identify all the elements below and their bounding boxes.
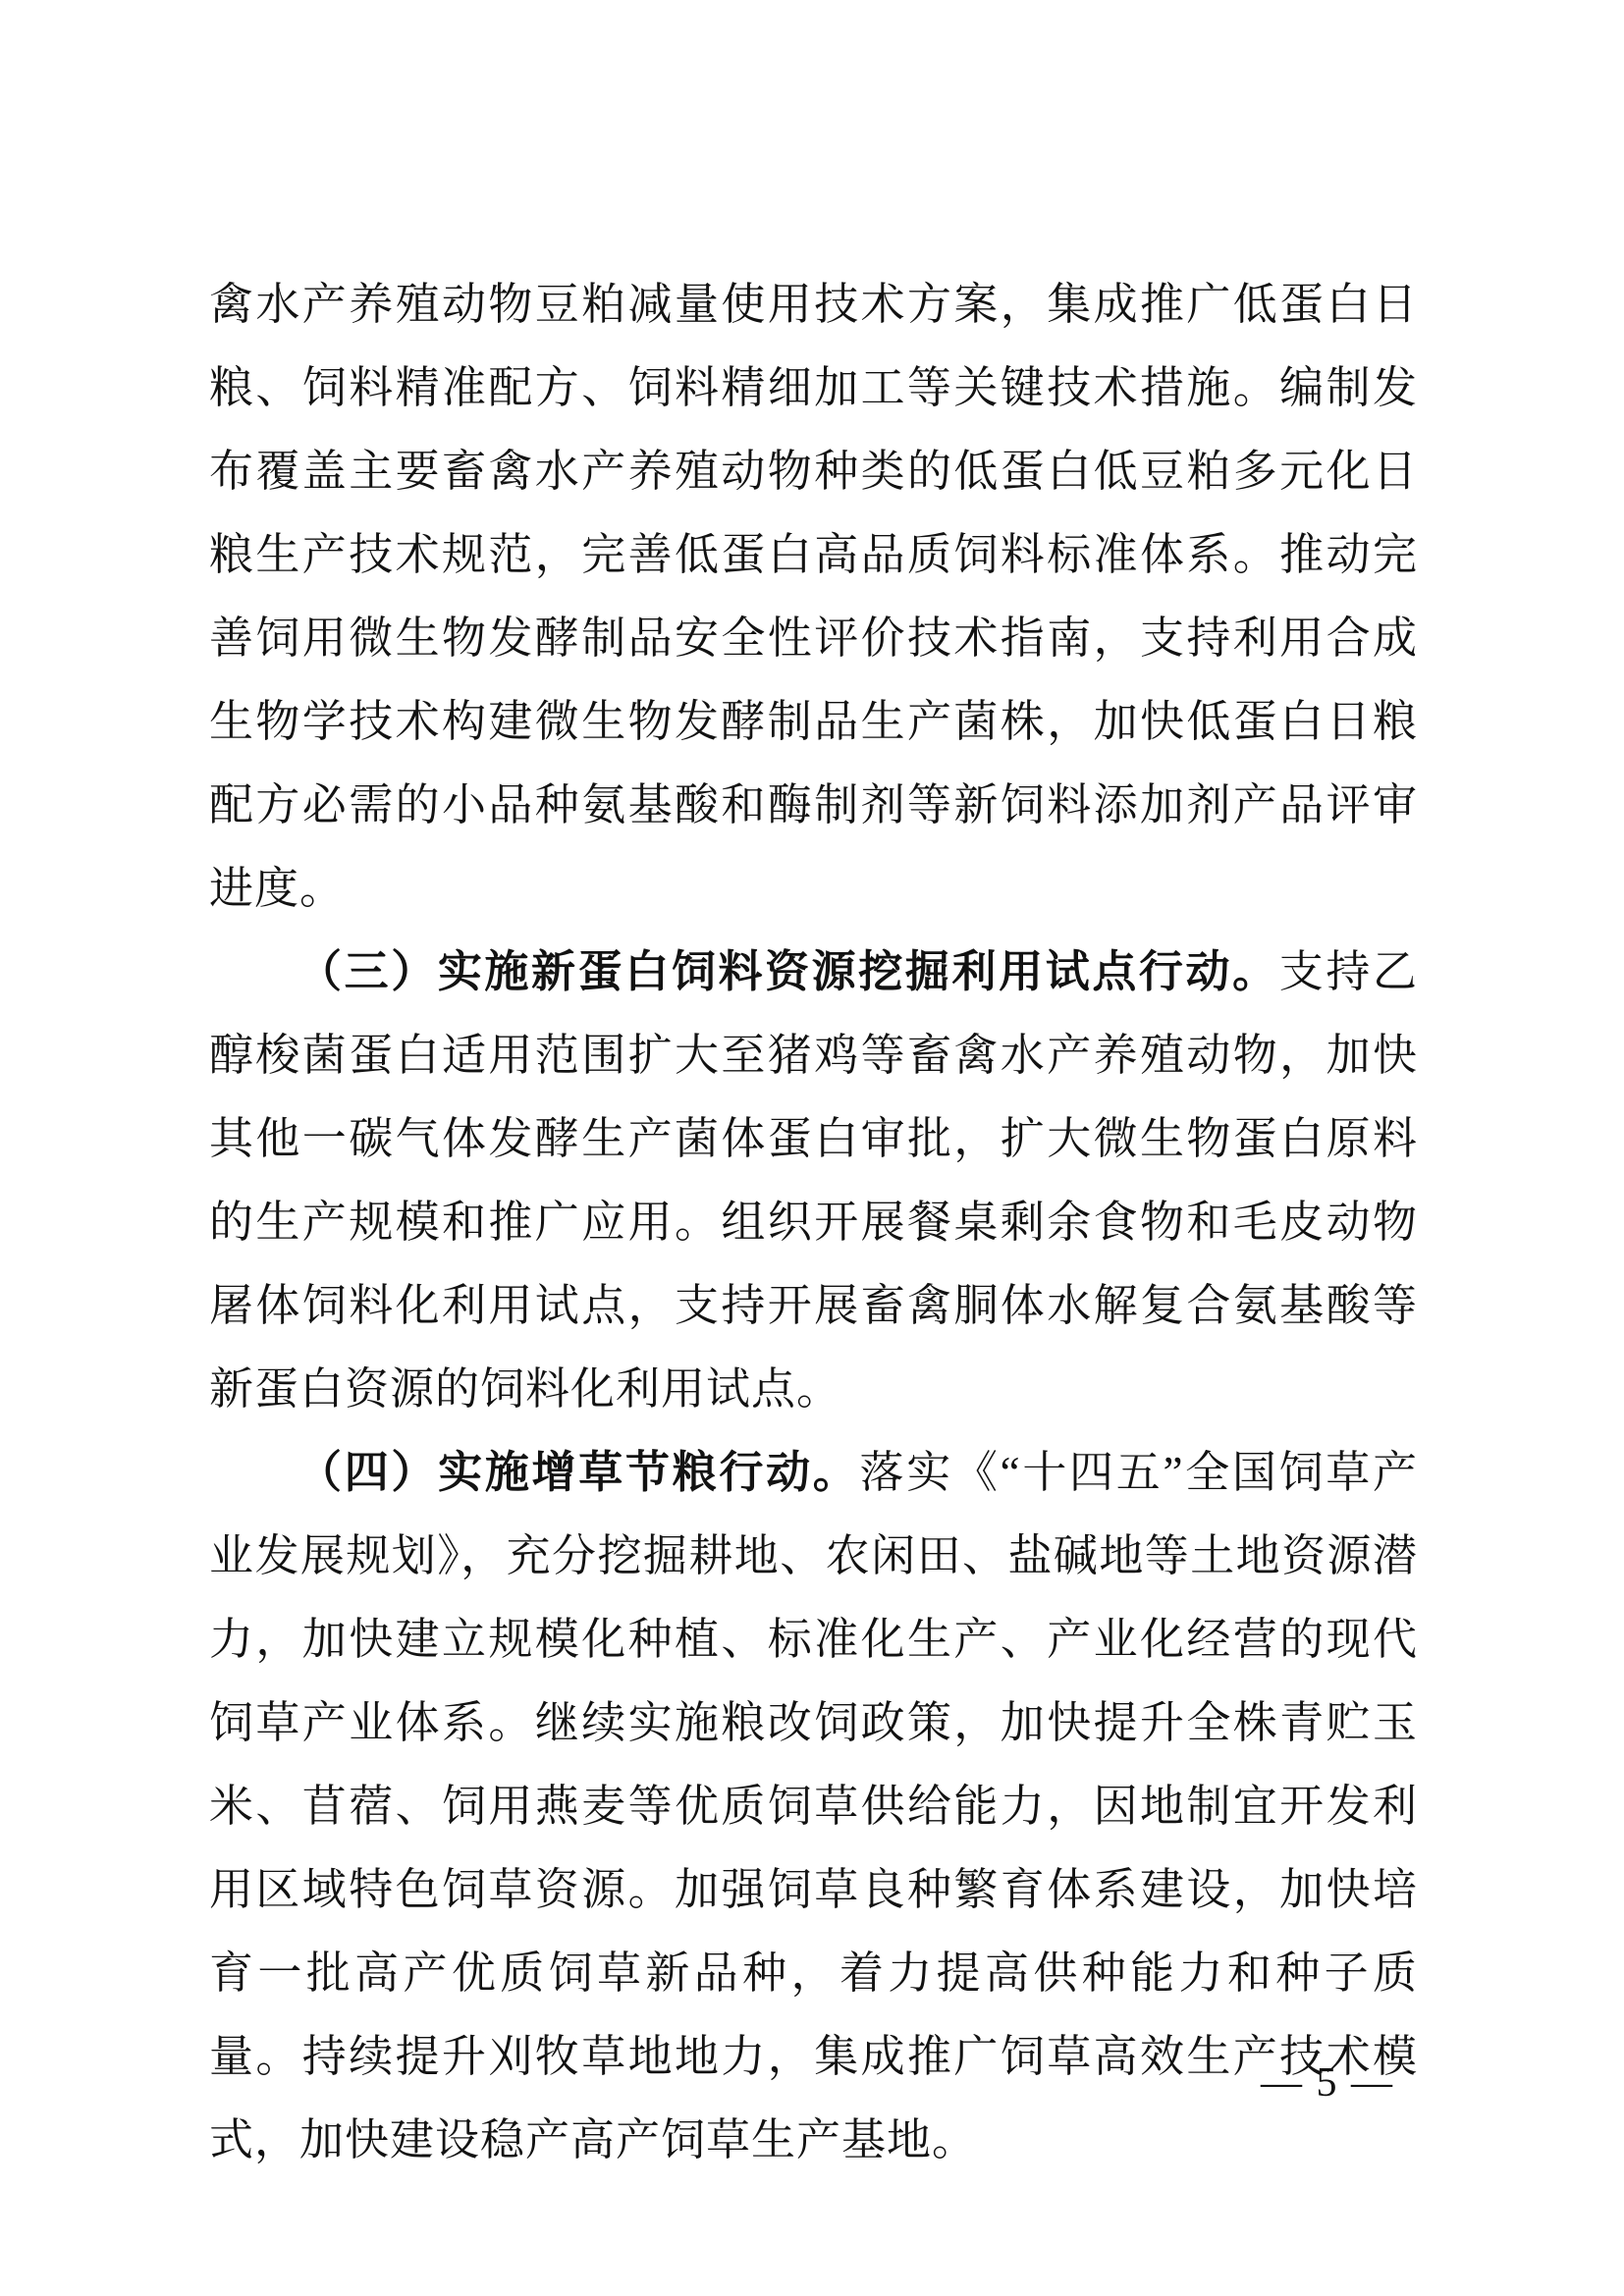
page-number-label: — 5 —	[1261, 2060, 1394, 2106]
paragraph-text: 禽水产养殖动物豆粕减量使用技术方案，集成推广低蛋白日粮、饲料精准配方、饲料精细加…	[209, 280, 1418, 913]
document-body: 禽水产养殖动物豆粕减量使用技术方案，集成推广低蛋白日粮、饲料精准配方、饲料精细加…	[209, 263, 1418, 2182]
document-page: 禽水产养殖动物豆粕减量使用技术方案，集成推广低蛋白日粮、饲料精准配方、饲料精细加…	[0, 0, 1624, 2296]
paragraph-item-four: （四）实施增草节粮行动。落实《“十四五”全国饲草产业发展规划》，充分挖掘耕地、农…	[209, 1431, 1418, 2182]
page-number: — 5 —	[1261, 2059, 1394, 2107]
paragraph-text: 支持乙醇梭菌蛋白适用范围扩大至猪鸡等畜禽水产养殖动物，加快其他一碳气体发酵生产菌…	[209, 947, 1418, 1414]
paragraph-continuation: 禽水产养殖动物豆粕减量使用技术方案，集成推广低蛋白日粮、饲料精准配方、饲料精细加…	[209, 263, 1418, 931]
paragraph-item-three: （三）实施新蛋白饲料资源挖掘利用试点行动。支持乙醇梭菌蛋白适用范围扩大至猪鸡等畜…	[209, 931, 1418, 1431]
section-heading-three: （三）实施新蛋白饲料资源挖掘利用试点行动。	[298, 947, 1279, 996]
section-heading-four: （四）实施增草节粮行动。	[298, 1448, 860, 1497]
paragraph-text: 落实《“十四五”全国饲草产业发展规划》，充分挖掘耕地、农闲田、盐碱地等土地资源潜…	[209, 1448, 1418, 2164]
